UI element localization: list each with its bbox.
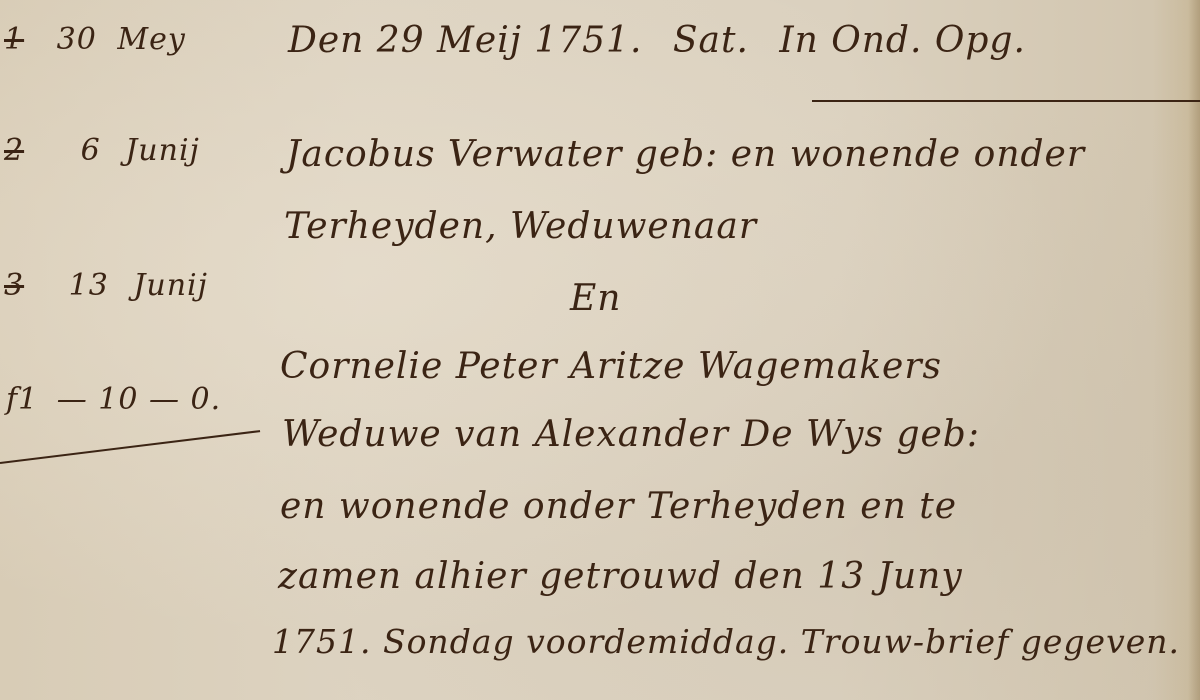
heading-registration: In Ond. Opg. (779, 20, 1026, 61)
entry-line-groom: Jacobus Verwater geb: en wonende onder (286, 134, 1085, 175)
margin-rule (0, 430, 260, 464)
margin-proclamation-3: 3 13 Junij (4, 268, 208, 303)
margin-proclamation-1: 1 30 Mey (4, 22, 186, 57)
entry-line-bride-status: Weduwe van Alexander De Wys geb: (282, 414, 980, 455)
margin-fee: f1 — 10 — 0. (6, 382, 221, 417)
margin-proclamation-2: 2 6 Junij (4, 133, 200, 168)
entry-line-conjunction: En (570, 278, 621, 319)
page-edge-shadow (1188, 0, 1200, 700)
fee-amount: — 10 — 0. (57, 382, 221, 417)
margin-day: 13 (69, 268, 109, 303)
heading-weekday: Sat. (673, 20, 749, 61)
margin-month: Junij (125, 133, 200, 168)
entry-line-residence: en wonende onder Terheyden en te (280, 486, 957, 527)
margin-index: 1 (4, 22, 24, 57)
margin-month: Junij (133, 268, 208, 303)
heading-underline (812, 100, 1200, 102)
margin-day: 6 (81, 133, 101, 168)
margin-index: 2 (4, 133, 24, 168)
margin-day: 30 (57, 22, 97, 57)
entry-line-closing: 1751. Sondag voordemiddag. Trouw-brief g… (272, 622, 1180, 661)
entry-line-marriage: zamen alhier getrouwd den 13 Juny (278, 556, 963, 597)
fee-currency: f1 (6, 382, 38, 417)
margin-month: Mey (117, 22, 185, 57)
heading-date: Den 29 Meij 1751. (288, 20, 642, 61)
entry-heading: Den 29 Meij 1751. Sat. In Ond. Opg. (288, 20, 1026, 61)
entry-line-bride: Cornelie Peter Aritze Wagemakers (280, 346, 942, 387)
register-page: 1 30 Mey 2 6 Junij 3 13 Junij f1 — 10 — … (0, 0, 1200, 700)
margin-index: 3 (4, 268, 24, 303)
entry-line-groom-status: Terheyden, Weduwenaar (284, 206, 757, 247)
